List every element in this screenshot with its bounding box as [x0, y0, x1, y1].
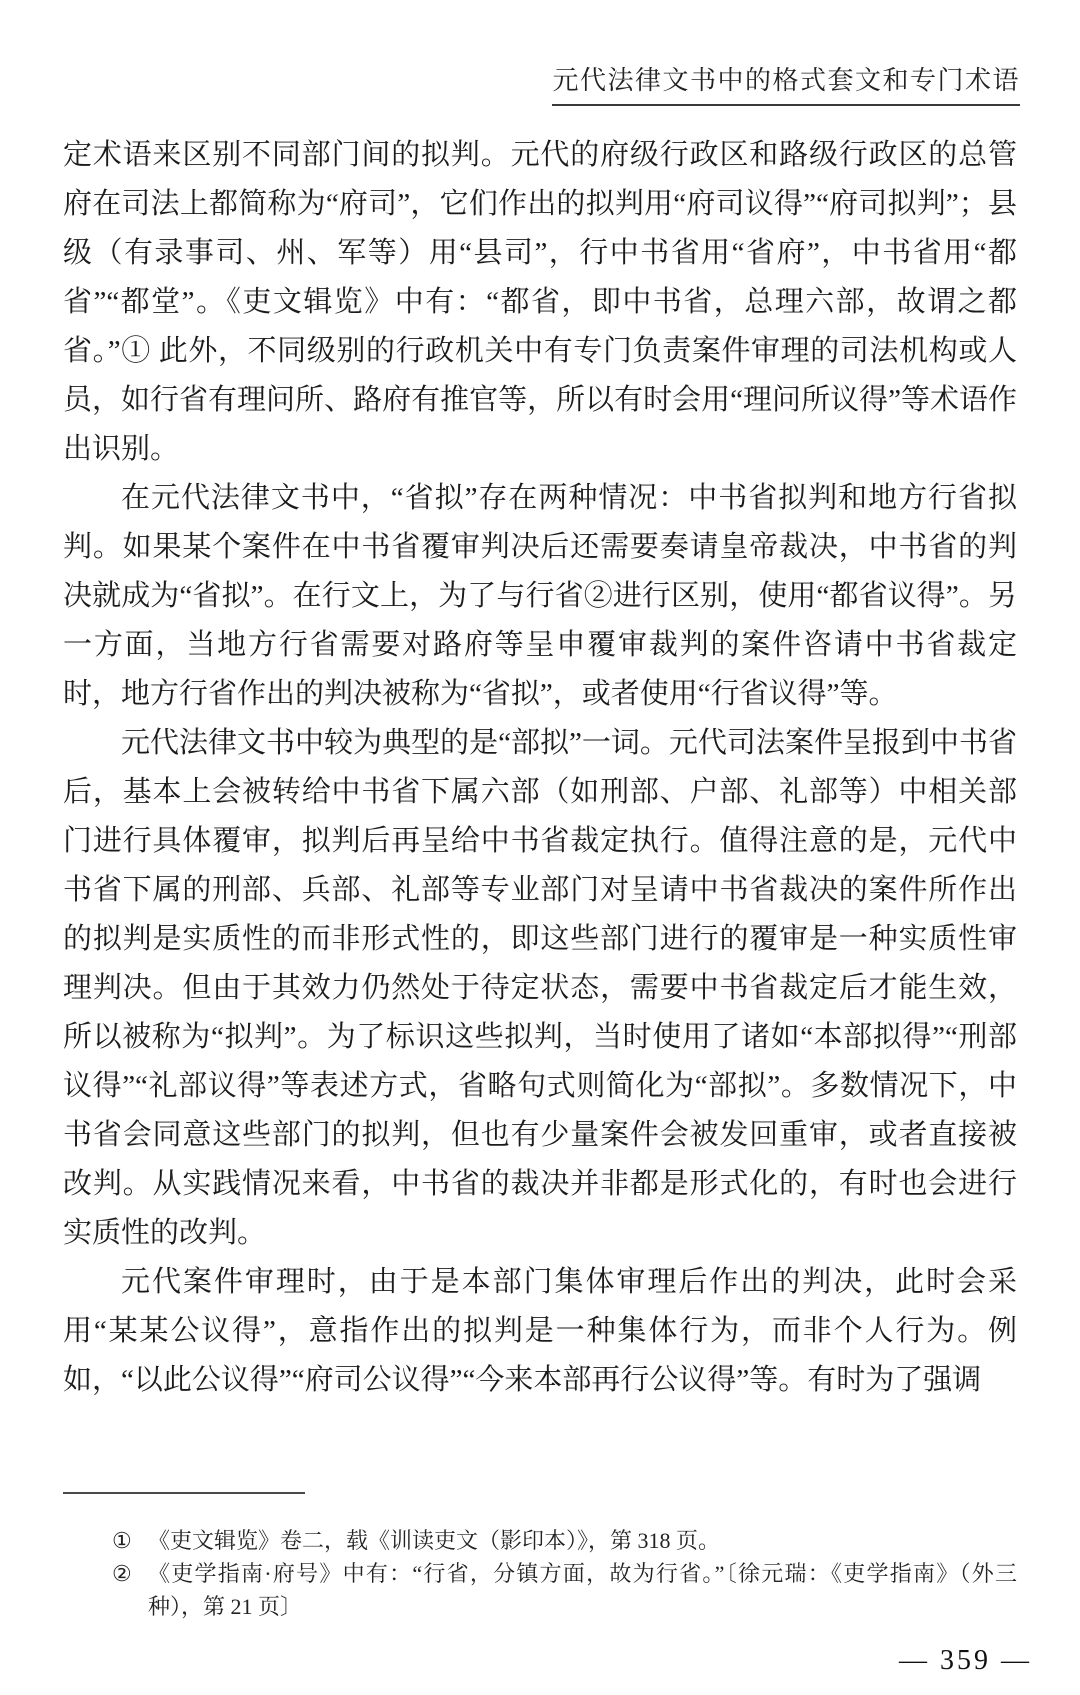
footnote-item: ① 《吏文辑览》卷二，载《训读吏文（影印本）》，第 318 页。	[63, 1524, 1017, 1557]
footnote-text: 《吏文辑览》卷二，载《训读吏文（影印本）》，第 318 页。	[148, 1524, 1017, 1557]
body-paragraph: 定术语来区别不同部门间的拟判。元代的府级行政区和路级行政区的总管府在司法上都简称…	[63, 131, 1017, 474]
footnote-divider	[63, 1492, 305, 1494]
body-text: 定术语来区别不同部门间的拟判。元代的府级行政区和路级行政区的总管府在司法上都简称…	[63, 131, 1017, 1405]
body-paragraph: 在元代法律文书中，“省拟”存在两种情况：中书省拟判和地方行省拟判。如果某个案件在…	[63, 474, 1017, 719]
footnote-item: ② 《吏学指南·府号》中有：“行省，分镇方面，故为行省。”〔徐元瑞：《吏学指南》…	[63, 1557, 1017, 1623]
footnote-marker: ②	[112, 1557, 148, 1623]
footnote-marker: ①	[112, 1524, 148, 1557]
running-head-title: 元代法律文书中的格式套文和专门术语	[552, 60, 1020, 106]
footnotes-section: ① 《吏文辑览》卷二，载《训读吏文（影印本）》，第 318 页。 ② 《吏学指南…	[63, 1492, 1017, 1623]
document-page: 元代法律文书中的格式套文和专门术语 定术语来区别不同部门间的拟判。元代的府级行政…	[0, 0, 1080, 1695]
page-number: — 359 —	[899, 1645, 1032, 1677]
body-paragraph: 元代法律文书中较为典型的是“部拟”一词。元代司法案件呈报到中书省后，基本上会被转…	[63, 719, 1017, 1258]
footnote-text: 《吏学指南·府号》中有：“行省，分镇方面，故为行省。”〔徐元瑞：《吏学指南》（外…	[148, 1557, 1017, 1623]
body-paragraph: 元代案件审理时，由于是本部门集体审理后作出的判决，此时会采用“某某公议得”，意指…	[63, 1258, 1017, 1405]
page-header: 元代法律文书中的格式套文和专门术语	[552, 60, 1020, 106]
